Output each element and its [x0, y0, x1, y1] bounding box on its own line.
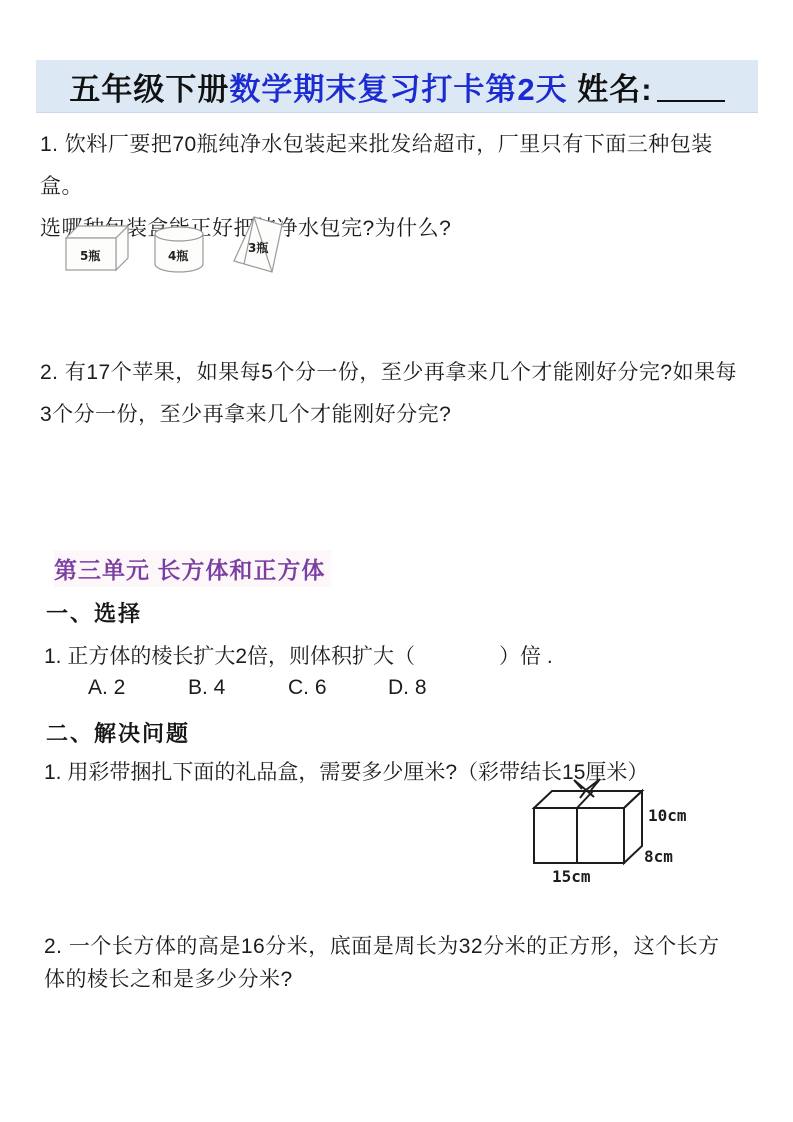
cuboid-box-diagram: 5瓶 [56, 218, 132, 276]
name-blank-line [657, 100, 725, 102]
section-choice-heading: 一、选择 [46, 597, 142, 628]
page-title: 五年级下册数学期末复习打卡第2天 姓名: [69, 64, 724, 109]
header-banner: 五年级下册数学期末复习打卡第2天 姓名: [36, 60, 758, 112]
title-grade-part: 五年级下册 [69, 72, 229, 107]
solve-question-2: 2. 一个长方体的高是16分米，底面是周长为32分米的正方形，这个长方 体的棱长… [44, 930, 754, 996]
triangular-prism-box-diagram: 3瓶 [226, 212, 290, 276]
gift-box-width-label: 15cm [552, 867, 591, 886]
unit-3-title: 第三单元 长方体和正方体 [54, 550, 331, 587]
option-b: B. 4 [188, 676, 288, 700]
question-2: 2. 有17个苹果，如果每5个分一份，至少再拿来几个才能刚好分完?如果每 3个分… [40, 352, 755, 436]
question-1-line1: 1. 饮料厂要把70瓶纯净水包装起来批发给超市，厂里只有下面三种包装盒。 [40, 124, 755, 208]
name-label: 姓名: [568, 72, 653, 107]
option-c: C. 6 [288, 676, 388, 700]
gift-box-depth-label: 8cm [644, 847, 673, 866]
solve-question-2-line1: 2. 一个长方体的高是16分米，底面是周长为32分米的正方形，这个长方 [44, 930, 754, 963]
question-2-line1: 2. 有17个苹果，如果每5个分一份，至少再拿来几个才能刚好分完?如果每 [40, 352, 755, 394]
title-subject-part: 数学期末复习打卡第2天 [229, 72, 567, 107]
gift-box-height-label: 10cm [648, 806, 687, 825]
cuboid-label: 5瓶 [80, 248, 100, 263]
choice-question-1: 1. 正方体的棱长扩大2倍，则体积扩大（ ）倍 . [44, 640, 553, 670]
cylinder-box-diagram: 4瓶 [146, 218, 212, 276]
gift-box-diagram: 10cm 8cm 15cm [522, 776, 702, 893]
solve-question-2-line2: 体的棱长之和是多少分米? [44, 963, 754, 996]
option-a: A. 2 [88, 676, 188, 700]
option-d: D. 8 [388, 676, 488, 700]
prism-label: 3瓶 [248, 240, 268, 255]
question-2-line2: 3个分一份，至少再拿来几个才能刚好分完? [40, 394, 755, 436]
cylinder-label: 4瓶 [168, 248, 188, 263]
choice-options: A. 2 B. 4 C. 6 D. 8 [88, 676, 488, 700]
packing-box-diagrams: 5瓶 4瓶 3瓶 [56, 212, 290, 276]
section-solve-heading: 二、解决问题 [46, 717, 190, 748]
worksheet-page: 五年级下册数学期末复习打卡第2天 姓名: 1. 饮料厂要把70瓶纯净水包装起来批… [0, 0, 793, 1122]
